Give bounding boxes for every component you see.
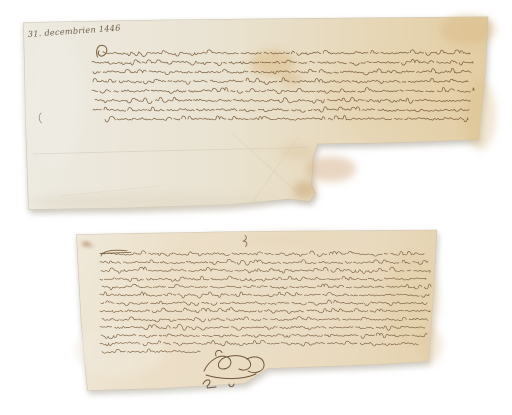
upper-manuscript: 31. decembrien 1446 (24, 15, 497, 211)
photo-canvas: 31. decembrien 1446 (0, 0, 512, 415)
manuscripts-photo: 31. decembrien 1446 (0, 0, 512, 415)
lower-manuscript (75, 230, 442, 391)
